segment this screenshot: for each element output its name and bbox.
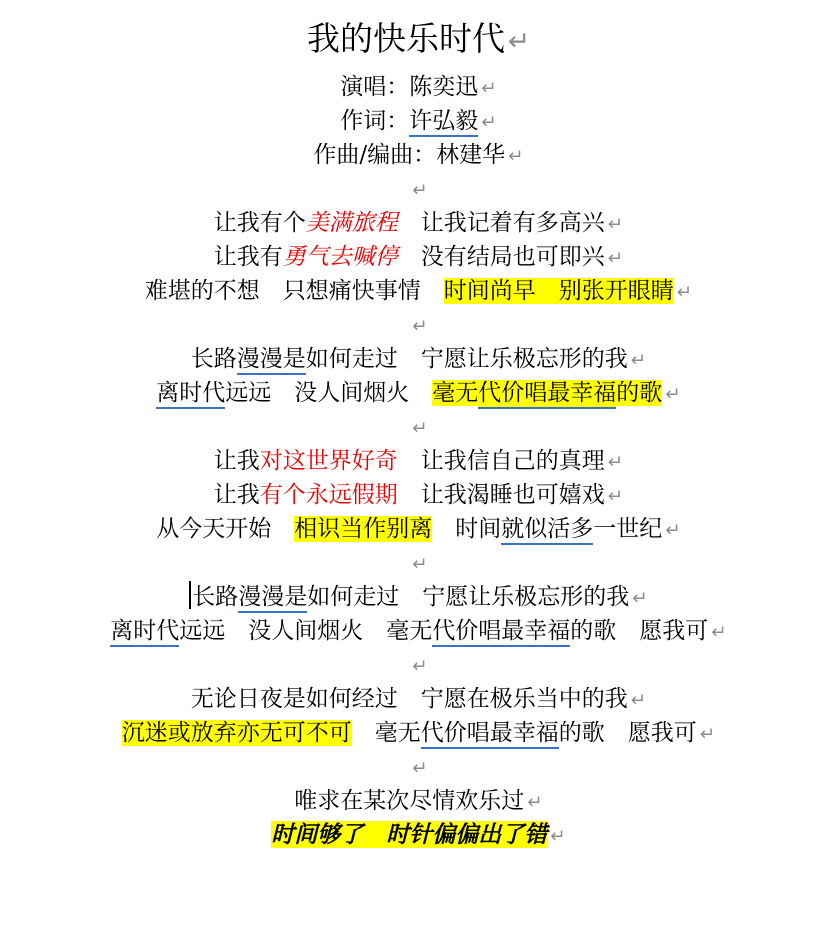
text-run: 有个永远假期 <box>260 482 398 508</box>
text-run: 远远 没人间烟火 <box>225 380 432 406</box>
text-run: 无论日夜是如何经过 宁愿在极乐当中的我 <box>191 686 628 712</box>
text-run: 离时代 <box>156 380 225 409</box>
empty-paragraph[interactable]: ↵ <box>0 648 837 682</box>
paragraph-mark-icon: ↵ <box>631 690 646 711</box>
empty-paragraph[interactable]: ↵ <box>0 308 837 342</box>
text-run: 难堪的不想 只想痛快事情 <box>145 278 444 304</box>
text-run: 让我 <box>214 448 260 474</box>
lyric-paragraph[interactable]: 唯求在某次尽情欢乐过↵ <box>0 784 837 818</box>
lyric-paragraph[interactable]: 作词：许弘毅↵ <box>0 104 837 138</box>
text-run: 代价唱最幸福 <box>432 618 570 647</box>
lyric-paragraph[interactable]: 长路漫漫是如何走过 宁愿让乐极忘形的我↵ <box>0 580 837 614</box>
highlighted-run: 沉迷或放弃亦无可不可 <box>122 720 352 746</box>
paragraph-mark-icon: ↵ <box>711 622 726 643</box>
text-run: 勇气去喊停 <box>283 244 398 270</box>
paragraph-mark-icon: ↵ <box>608 248 623 269</box>
text-run: 一世纪 <box>593 516 662 542</box>
empty-paragraph[interactable]: ↵ <box>0 750 837 784</box>
lyric-paragraph[interactable]: 无论日夜是如何经过 宁愿在极乐当中的我↵ <box>0 682 837 716</box>
text-run: 的歌 愿我可 <box>559 720 697 746</box>
text-run: 时间 <box>432 516 501 542</box>
lyric-paragraph[interactable]: 长路漫漫是如何走过 宁愿让乐极忘形的我↵ <box>0 342 837 376</box>
paragraph-mark-icon: ↵ <box>508 26 530 57</box>
paragraph-mark-icon: ↵ <box>677 282 692 303</box>
text-run: 让我有 <box>214 244 283 270</box>
text-run: 让我记着有多高兴 <box>398 210 605 236</box>
empty-paragraph[interactable]: ↵ <box>0 546 837 580</box>
text-run: 的歌 愿我可 <box>570 618 708 644</box>
paragraph-mark-icon: ↵ <box>700 724 715 745</box>
text-run: 从今天开始 <box>156 516 294 542</box>
lyric-paragraph[interactable]: 让我有个美满旅程 让我记着有多高兴↵ <box>0 206 837 240</box>
highlighted-run: 代价唱最幸福 <box>478 380 616 409</box>
lyric-paragraph[interactable]: 离时代远远 没人间烟火 毫无代价唱最幸福的歌↵ <box>0 376 837 410</box>
text-run: 远远 没人间烟火 毫无 <box>179 618 432 644</box>
text-cursor <box>189 581 191 609</box>
paragraph-mark-icon: ↵ <box>527 792 542 813</box>
paragraph-mark-icon: ↵ <box>631 350 646 371</box>
text-run: 离时代 <box>110 618 179 647</box>
empty-paragraph[interactable]: ↵ <box>0 172 837 206</box>
lyric-paragraph[interactable]: 让我对这世界好奇 让我信自己的真理↵ <box>0 444 837 478</box>
text-run: 作词： <box>340 108 409 134</box>
lyric-paragraph[interactable]: 让我有勇气去喊停 没有结局也可即兴↵ <box>0 240 837 274</box>
highlighted-run: 相识当作别离 <box>294 516 432 542</box>
paragraph-mark-icon: ↵ <box>412 758 427 779</box>
paragraph-mark-icon: ↵ <box>412 554 427 575</box>
text-run: 美满旅程 <box>306 210 398 236</box>
empty-paragraph[interactable]: ↵ <box>0 410 837 444</box>
document-page[interactable]: 我的快乐时代↵演唱：陈奕迅↵作词：许弘毅↵作曲/编曲：林建华↵↵让我有个美满旅程… <box>0 0 837 934</box>
paragraph-mark-icon: ↵ <box>481 112 496 133</box>
lyric-paragraph[interactable]: 让我有个永远假期 让我渴睡也可嬉戏↵ <box>0 478 837 512</box>
text-run: 漫漫是 <box>237 346 306 375</box>
text-run: 就似活多 <box>501 516 593 545</box>
text-run: 如何走过 宁愿让乐极忘形的我 <box>306 346 628 372</box>
text-run: 代价唱最幸福 <box>421 720 559 749</box>
text-run: 演唱：陈奕迅 <box>340 74 478 100</box>
lyric-paragraph[interactable]: 时间够了 时针偏偏出了错↵ <box>0 818 837 852</box>
lyric-paragraph[interactable]: 作曲/编曲：林建华↵ <box>0 138 837 172</box>
highlighted-run: 毫无 <box>432 380 478 406</box>
text-run: 让我信自己的真理 <box>398 448 605 474</box>
text-run: 长路 <box>192 584 238 610</box>
text-run: 让我渴睡也可嬉戏 <box>398 482 605 508</box>
text-run: 唯求在某次尽情欢乐过 <box>294 788 524 814</box>
text-run: 许弘毅 <box>409 108 478 137</box>
title-paragraph[interactable]: 我的快乐时代↵ <box>0 14 837 64</box>
paragraph-mark-icon: ↵ <box>550 826 565 847</box>
highlighted-run: 的歌 <box>616 380 662 406</box>
lyric-paragraph[interactable]: 难堪的不想 只想痛快事情 时间尚早 别张开眼睛↵ <box>0 274 837 308</box>
text-run: 漫漫是 <box>238 584 307 613</box>
paragraph-mark-icon: ↵ <box>481 78 496 99</box>
lyric-paragraph[interactable]: 从今天开始 相识当作别离 时间就似活多一世纪↵ <box>0 512 837 546</box>
lyric-paragraph[interactable]: 沉迷或放弃亦无可不可 毫无代价唱最幸福的歌 愿我可↵ <box>0 716 837 750</box>
paragraph-mark-icon: ↵ <box>412 316 427 337</box>
paragraph-mark-icon: ↵ <box>608 214 623 235</box>
text-run: 没有结局也可即兴 <box>398 244 605 270</box>
lyric-paragraph[interactable]: 演唱：陈奕迅↵ <box>0 70 837 104</box>
lyric-paragraph[interactable]: 离时代远远 没人间烟火 毫无代价唱最幸福的歌 愿我可↵ <box>0 614 837 648</box>
paragraph-mark-icon: ↵ <box>665 384 680 405</box>
highlighted-run: 时间够了 时针偏偏出了错 <box>271 821 547 848</box>
text-run: 作曲/编曲：林建华 <box>313 142 505 168</box>
text-run: 对这世界好奇 <box>260 448 398 474</box>
paragraph-mark-icon: ↵ <box>412 656 427 677</box>
highlighted-run: 时间尚早 别张开眼睛 <box>444 278 674 304</box>
text-run: 我的快乐时代 <box>307 19 505 58</box>
paragraph-mark-icon: ↵ <box>632 588 647 609</box>
paragraph-mark-icon: ↵ <box>665 520 680 541</box>
paragraph-mark-icon: ↵ <box>508 146 523 167</box>
text-run: 毫无 <box>352 720 421 746</box>
paragraph-mark-icon: ↵ <box>608 452 623 473</box>
text-run: 让我 <box>214 482 260 508</box>
paragraph-mark-icon: ↵ <box>412 180 427 201</box>
paragraph-mark-icon: ↵ <box>608 486 623 507</box>
text-run: 让我有个 <box>214 210 306 236</box>
text-run: 如何走过 宁愿让乐极忘形的我 <box>307 584 629 610</box>
text-run: 长路 <box>191 346 237 372</box>
paragraph-mark-icon: ↵ <box>412 418 427 439</box>
